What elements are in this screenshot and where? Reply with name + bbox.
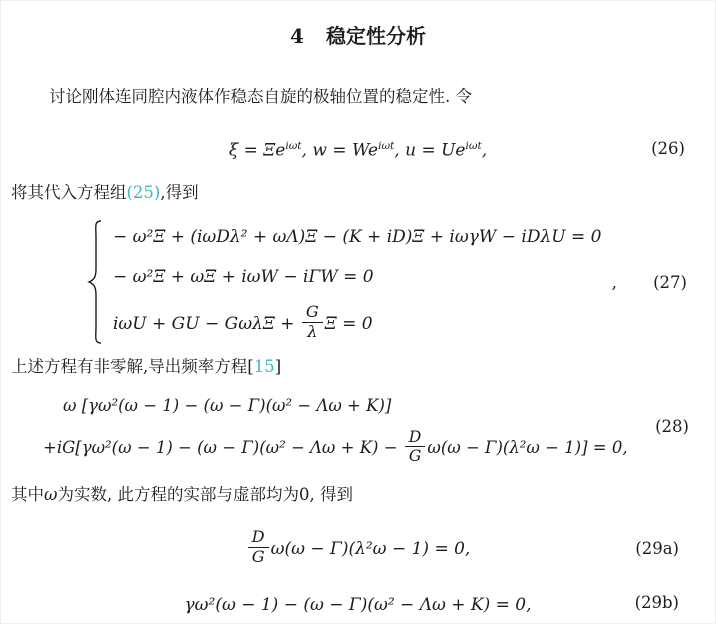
equation-29a: DGω(ω − Γ)(λ²ω − 1) = 0, (29a) [1,523,715,575]
equation-27-comma: , [612,273,617,293]
paragraph-intro-text: 讨论刚体连同腔内液体作稳态自旋的极轴位置的稳定性. 令 [49,87,472,106]
equation-29b: γω²(ω − 1) − (ω − Γ)(ω² − Λω + K) = 0, (… [1,591,715,619]
equation-29a-label: (29a) [635,539,679,558]
equation-28-label: (28) [655,417,689,436]
omega-symbol: ω [44,485,57,504]
fraction-D-over-G-29a: DG [248,529,269,566]
equation-27-line3: iωU + GU − GωλΞ + GλΞ = 0 [113,297,601,351]
system-brace-icon [87,219,103,350]
section-heading: 4稳定性分析 [1,1,715,49]
paragraph-substitute: 将其代入方程组(25),得到 [1,181,715,205]
equation-25-reference-link[interactable]: (25) [127,183,161,202]
paragraph-frequency: 上述方程有非零解,导出频率方程[15] [1,355,715,379]
fraction-G-over-lambda: Gλ [302,304,323,341]
paragraph-substitute-post: ,得到 [160,183,198,202]
equation-28: ω [γω²(ω − 1) − (ω − Γ)(ω² − Λω + K)] +i… [1,389,715,477]
section-title: 稳定性分析 [326,24,426,48]
equation-27-line1: − ω²Ξ + (iωDλ² + ωΛ)Ξ − (K + iD)Ξ + iωγW… [113,217,601,257]
section-number: 4 [290,24,304,48]
paragraph-real-imaginary: 其中ω为实数, 此方程的实部与虚部均为0, 得到 [1,483,715,507]
equation-27-label: (27) [653,273,687,292]
paper-page: 4稳定性分析 讨论刚体连同腔内液体作稳态自旋的极轴位置的稳定性. 令 ξ = Ξ… [0,0,716,624]
equation-27-lines: − ω²Ξ + (iωDλ² + ωΛ)Ξ − (K + iD)Ξ + iωγW… [113,217,601,351]
equation-28-line2: +iG[γω²(ω − 1) − (ω − Γ)(ω² − Λω + K) − … [1,423,715,473]
citation-bracket-close: ] [275,357,281,376]
equation-27-line2: − ω²Ξ + ωΞ + iωW − iΓW = 0 [113,257,601,297]
equation-29b-label: (29b) [635,593,679,612]
equation-26: ξ = Ξeiωt, w = Weiωt, u = Ueiωt, (26) [1,135,715,165]
equation-27: − ω²Ξ + (iωDλ² + ωΛ)Ξ − (K + iD)Ξ + iωγW… [1,215,715,353]
paragraph-intro: 讨论刚体连同腔内液体作稳态自旋的极轴位置的稳定性. 令 [1,85,715,109]
fraction-D-over-G: DG [405,429,426,465]
paragraph-frequency-pre: 上述方程有非零解,导出频率方程 [11,357,247,376]
paragraph-real-imaginary-post: 为实数, 此方程的实部与虚部均为0, 得到 [57,485,352,504]
equation-26-label: (26) [651,139,685,158]
equation-28-line1: ω [γω²(ω − 1) − (ω − Γ)(ω² − Λω + K)] [1,389,715,423]
paragraph-real-imaginary-pre: 其中 [11,485,44,504]
citation-15-link[interactable]: 15 [254,357,275,376]
equation-29a-body: DGω(ω − Γ)(λ²ω − 1) = 0, [246,531,471,568]
equation-26-body: ξ = Ξeiωt, w = Weiωt, u = Ueiωt, [229,140,487,161]
paragraph-substitute-pre: 将其代入方程组 [11,183,127,202]
equation-29b-body: γω²(ω − 1) − (ω − Γ)(ω² − Λω + K) = 0, [184,595,531,615]
